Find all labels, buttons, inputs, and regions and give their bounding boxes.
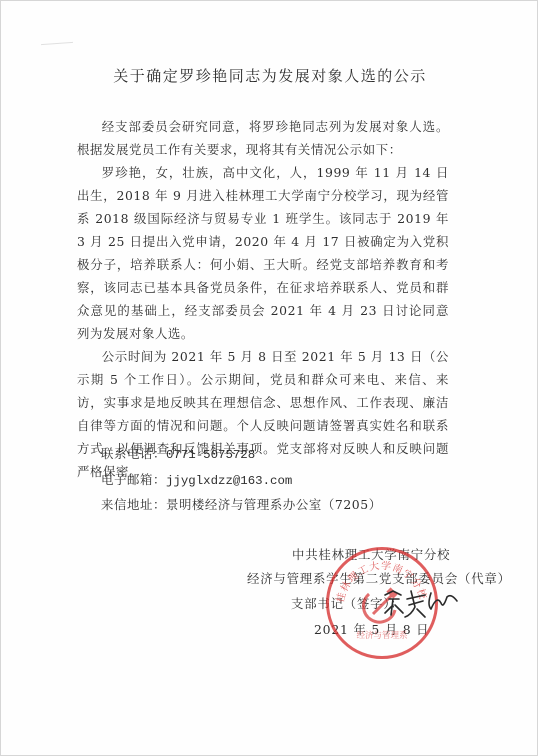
- intro-paragraph: 经支部委员会研究同意，将罗珍艳同志列为发展对象人选。根据发展党员工作有关要求，现…: [77, 115, 449, 161]
- email-label: 电子邮箱：: [101, 472, 166, 487]
- secretary-signature-label: 支部书记（签字）：: [291, 594, 404, 612]
- candidate-info-paragraph: 罗珍艳，女，壮族，高中文化，人，1999 年 11 月 14 日出生，2018 …: [77, 161, 449, 345]
- contact-info: 联系电话：0771-5075728 电子邮箱：jjyglxdzz@163.com…: [101, 442, 382, 517]
- document-page: 关于确定罗珍艳同志为发展对象人选的公示 经支部委员会研究同意，将罗珍艳同志列为发…: [0, 0, 538, 756]
- phone-number: 0771-5075728: [166, 448, 255, 462]
- email-address: jjyglxdzz@163.com: [166, 474, 292, 488]
- signature-org-line2: 经济与管理系学生第二党支部委员会（代章）: [247, 569, 511, 587]
- phone-label: 联系电话：: [101, 446, 166, 461]
- signature-date: 2021 年 5 月 8 日: [314, 620, 429, 638]
- document-title: 关于确定罗珍艳同志为发展对象人选的公示: [1, 65, 538, 86]
- signature-org-line1: 中共桂林理工大学南宁分校: [292, 545, 450, 563]
- address-label: 来信地址：: [101, 497, 166, 512]
- contact-email-row: 电子邮箱：jjyglxdzz@163.com: [101, 468, 382, 494]
- scan-artifact: [41, 42, 73, 45]
- document-body: 经支部委员会研究同意，将罗珍艳同志列为发展对象人选。根据发展党员工作有关要求，现…: [77, 115, 449, 483]
- mailing-address: 景明楼经济与管理系办公室（7205）: [166, 497, 382, 512]
- contact-phone-row: 联系电话：0771-5075728: [101, 442, 382, 468]
- contact-address-row: 来信地址：景明楼经济与管理系办公室（7205）: [101, 493, 382, 517]
